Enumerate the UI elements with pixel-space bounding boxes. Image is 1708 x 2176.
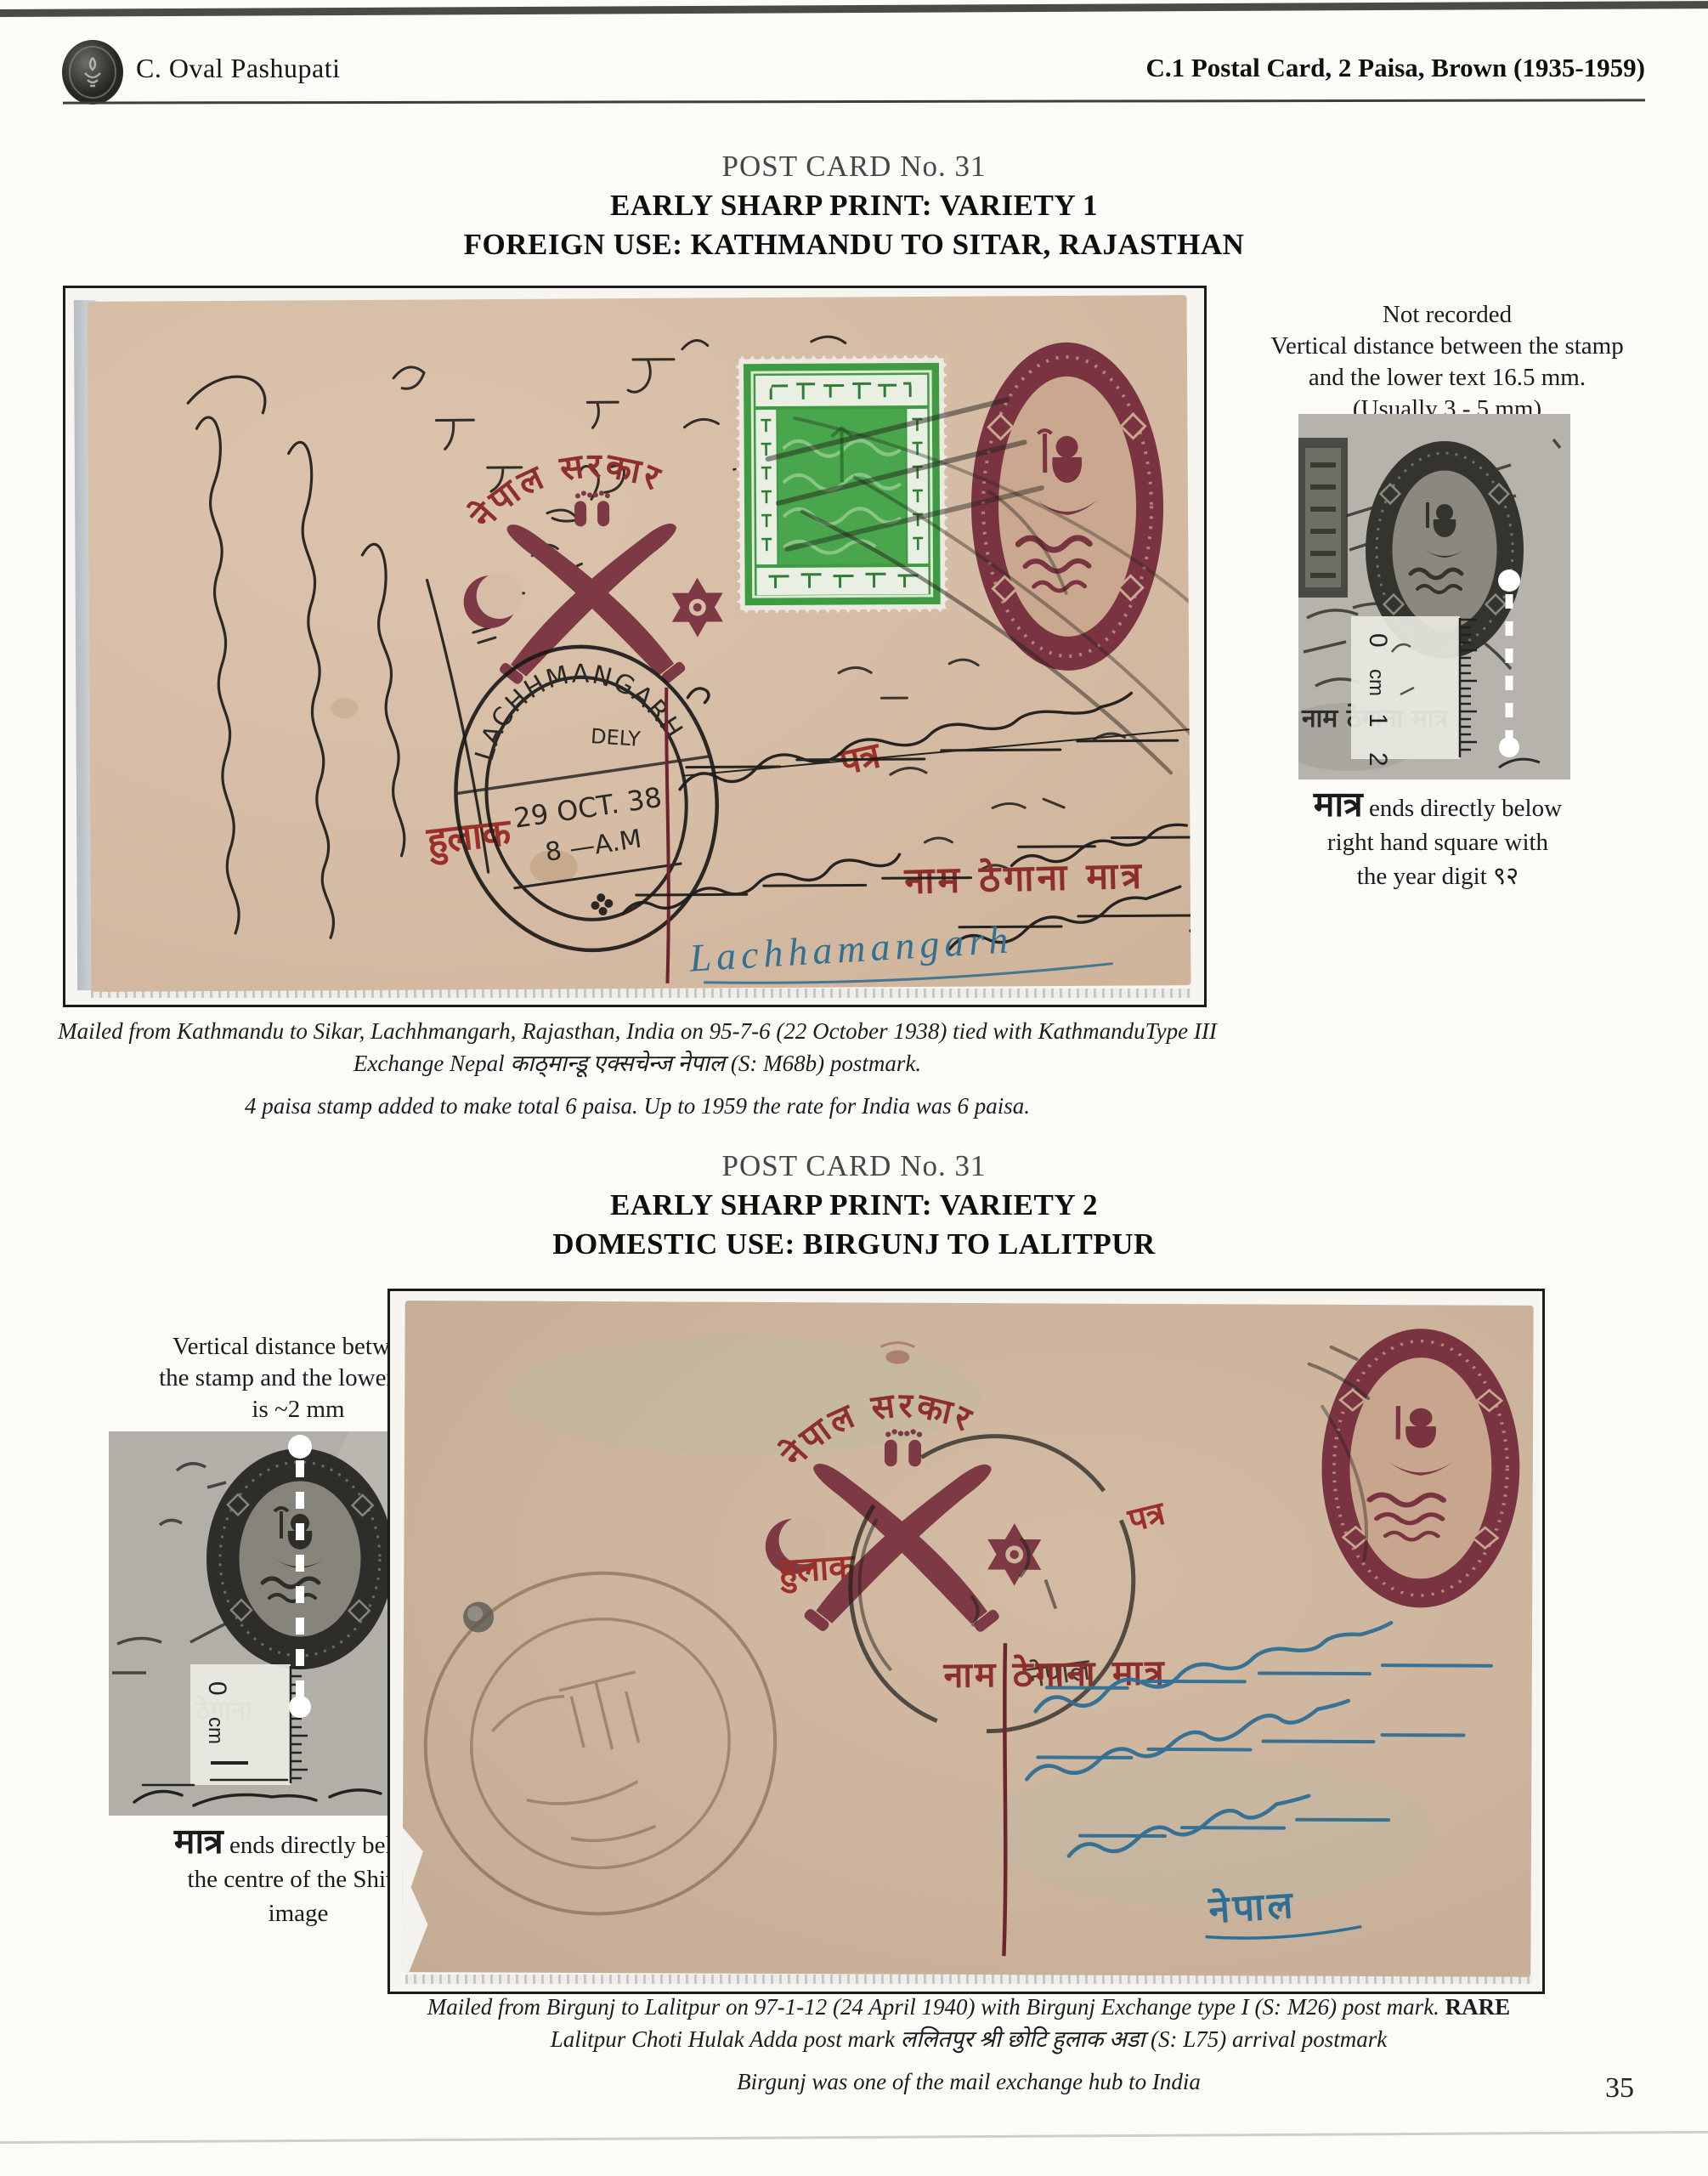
svg-text:29 OCT. 38: 29 OCT. 38 — [512, 781, 664, 835]
ruler2: 0 cm — [190, 1664, 308, 1785]
page-number: 35 — [1569, 2072, 1671, 2105]
postcard1-art: नेपाल सरकार हुलाक — [88, 295, 1191, 992]
punch-hole — [463, 1601, 494, 1632]
lalitpur-postmark — [402, 1537, 811, 1950]
overprint-arc-text: नेपाल सरकार — [461, 445, 668, 536]
s2-caption: Mailed from Birgunj to Lalitpur on 97-1-… — [340, 1992, 1598, 2096]
s1-use: FOREIGN USE: KATHMANDU TO SITAR, RAJASTH… — [0, 228, 1708, 262]
s1-detail-image: नाम ठेगाना मात्र 0 cm 1 2 — [1298, 414, 1570, 779]
postcard1: नेपाल सरकार हुलाक — [88, 295, 1191, 992]
postcard2-frame: नेपाल सरकार हुलाक — [387, 1289, 1545, 1994]
svg-text:8 —A.M: 8 —A.M — [543, 824, 643, 868]
lachhmangarh-postmark: LACHHMANGARH DELY 29 OCT. 38 8 —A.M — [436, 629, 738, 968]
svg-text:cm: cm — [204, 1717, 227, 1744]
s1-caption: Mailed from Kathmandu to Sikar, Lachhman… — [34, 1017, 1241, 1120]
s1-title: POST CARD No. 31 — [0, 150, 1708, 184]
postcard2: नेपाल सरकार हुलाक — [402, 1300, 1533, 1977]
svg-text:नेपाल: नेपाल — [1207, 1883, 1298, 1933]
postcard2-art: नेपाल सरकार हुलाक — [402, 1300, 1533, 1977]
rare-label: RARE — [1445, 1994, 1511, 2020]
svg-text:1: 1 — [1364, 713, 1392, 728]
svg-text:cm: cm — [1365, 669, 1388, 696]
postcard1-frame: नेपाल सरकार हुलाक — [63, 286, 1207, 1007]
svg-text:0: 0 — [1364, 633, 1392, 648]
exhibit-subtitle: C.1 Postal Card, 2 Paisa, Brown (1935-19… — [850, 53, 1645, 83]
header-rule — [63, 99, 1645, 104]
pashupati-logo — [59, 39, 126, 105]
scribbles-right — [839, 659, 1126, 872]
s1-variety: EARLY SHARP PRINT: VARIETY 1 — [0, 189, 1708, 223]
s2-use: DOMESTIC USE: BIRGUNJ TO LALITPUR — [0, 1227, 1708, 1261]
svg-text:DELY: DELY — [590, 724, 641, 751]
album-page: C. Oval Pashupati C.1 Postal Card, 2 Pai… — [0, 0, 1708, 2176]
card-divider-line2 — [1004, 1643, 1006, 1956]
ruler: 0 cm 1 2 — [1351, 616, 1477, 767]
svg-text:Lachhamangarh: Lachhamangarh — [687, 917, 1015, 979]
s2-variety: EARLY SHARP PRINT: VARIETY 2 — [0, 1188, 1708, 1222]
oval-pashupati-indicium2 — [1321, 1329, 1520, 1608]
s1-detail-caption: मात्र ends directly below right hand squ… — [1234, 787, 1642, 893]
scan-edge-bottom — [0, 2131, 1708, 2144]
matra-lead: मात्र — [1314, 785, 1363, 824]
stamp-fragment-gray — [1298, 438, 1348, 598]
s1-side-note: Not recorded Vertical distance between t… — [1207, 299, 1688, 425]
overprint-patra2: पत्र — [1123, 1493, 1170, 1539]
s2-title: POST CARD No. 31 — [0, 1149, 1708, 1183]
clover-mark — [590, 892, 615, 917]
svg-text:2: 2 — [1364, 752, 1392, 767]
scan-edge-top — [0, 1, 1708, 17]
svg-text:0: 0 — [203, 1681, 231, 1696]
matra-lead2: मात्र — [174, 1822, 223, 1861]
blue-signature: Lachhamangarh — [687, 912, 1113, 992]
exhibit-title: C. Oval Pashupati — [136, 53, 340, 84]
